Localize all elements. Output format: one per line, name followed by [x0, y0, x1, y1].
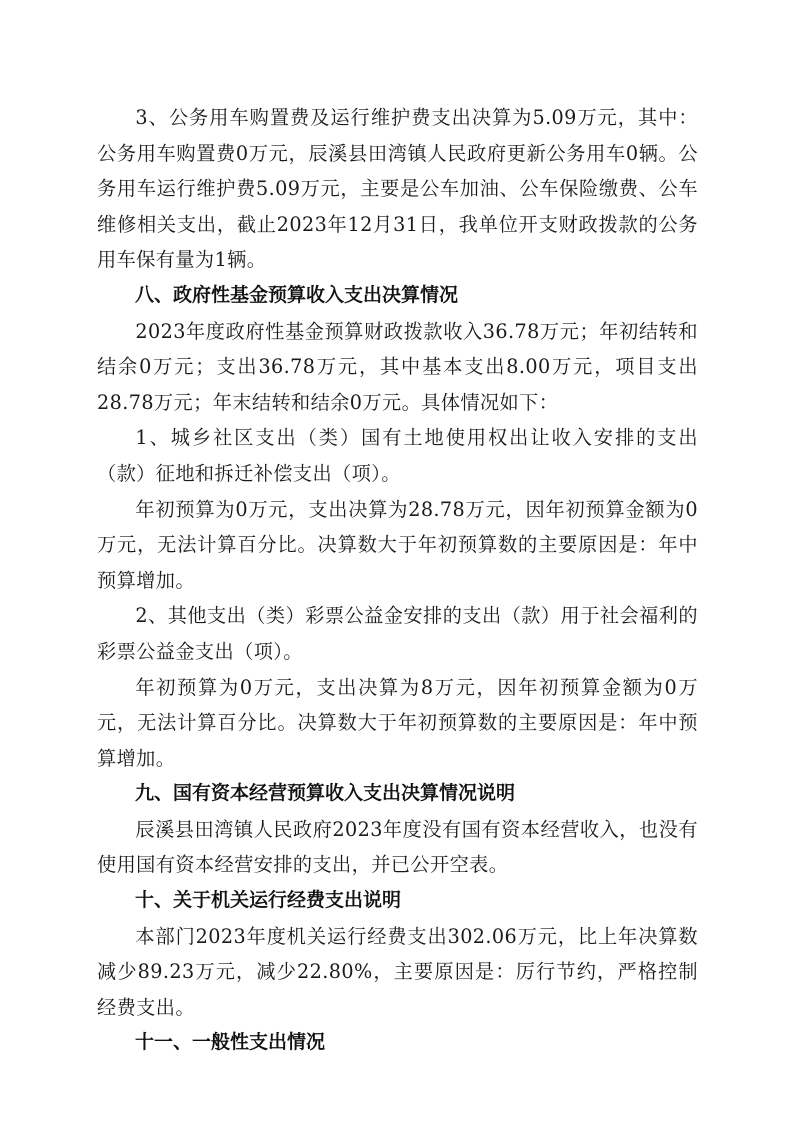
paragraph-operating-expenses: 本部门2023年度机关运行经费支出302.06万元，比上年决算数减少89.23万…	[97, 919, 698, 1026]
document-page: 3、公务用车购置费及运行维护费支出决算为5.09万元，其中：公务用车购置费0万元…	[97, 100, 698, 1061]
paragraph-state-capital: 辰溪县田湾镇人民政府2023年度没有国有资本经营收入，也没有使用国有资本经营安排…	[97, 812, 698, 883]
heading-section-10: 十、关于机关运行经费支出说明	[97, 883, 698, 919]
paragraph-item-1-detail: 年初预算为0万元，支出决算为28.78万元，因年初预算金额为0万元，无法计算百分…	[97, 492, 698, 599]
paragraph-item-2-title: 2、其他支出（类）彩票公益金安排的支出（款）用于社会福利的彩票公益金支出（项）。	[97, 598, 698, 669]
paragraph-item-1-title: 1、城乡社区支出（类）国有土地使用权出让收入安排的支出（款）征地和拆迁补偿支出（…	[97, 420, 698, 491]
paragraph-vehicle-expenses: 3、公务用车购置费及运行维护费支出决算为5.09万元，其中：公务用车购置费0万元…	[97, 100, 698, 278]
heading-section-8: 八、政府性基金预算收入支出决算情况	[97, 278, 698, 314]
heading-section-11: 十一、一般性支出情况	[97, 1025, 698, 1061]
paragraph-fund-budget-summary: 2023年度政府性基金预算财政拨款收入36.78万元；年初结转和结余0万元；支出…	[97, 314, 698, 421]
heading-section-9: 九、国有资本经营预算收入支出决算情况说明	[97, 776, 698, 812]
paragraph-item-2-detail: 年初预算为0万元，支出决算为8万元，因年初预算金额为0万元，无法计算百分比。决算…	[97, 670, 698, 777]
